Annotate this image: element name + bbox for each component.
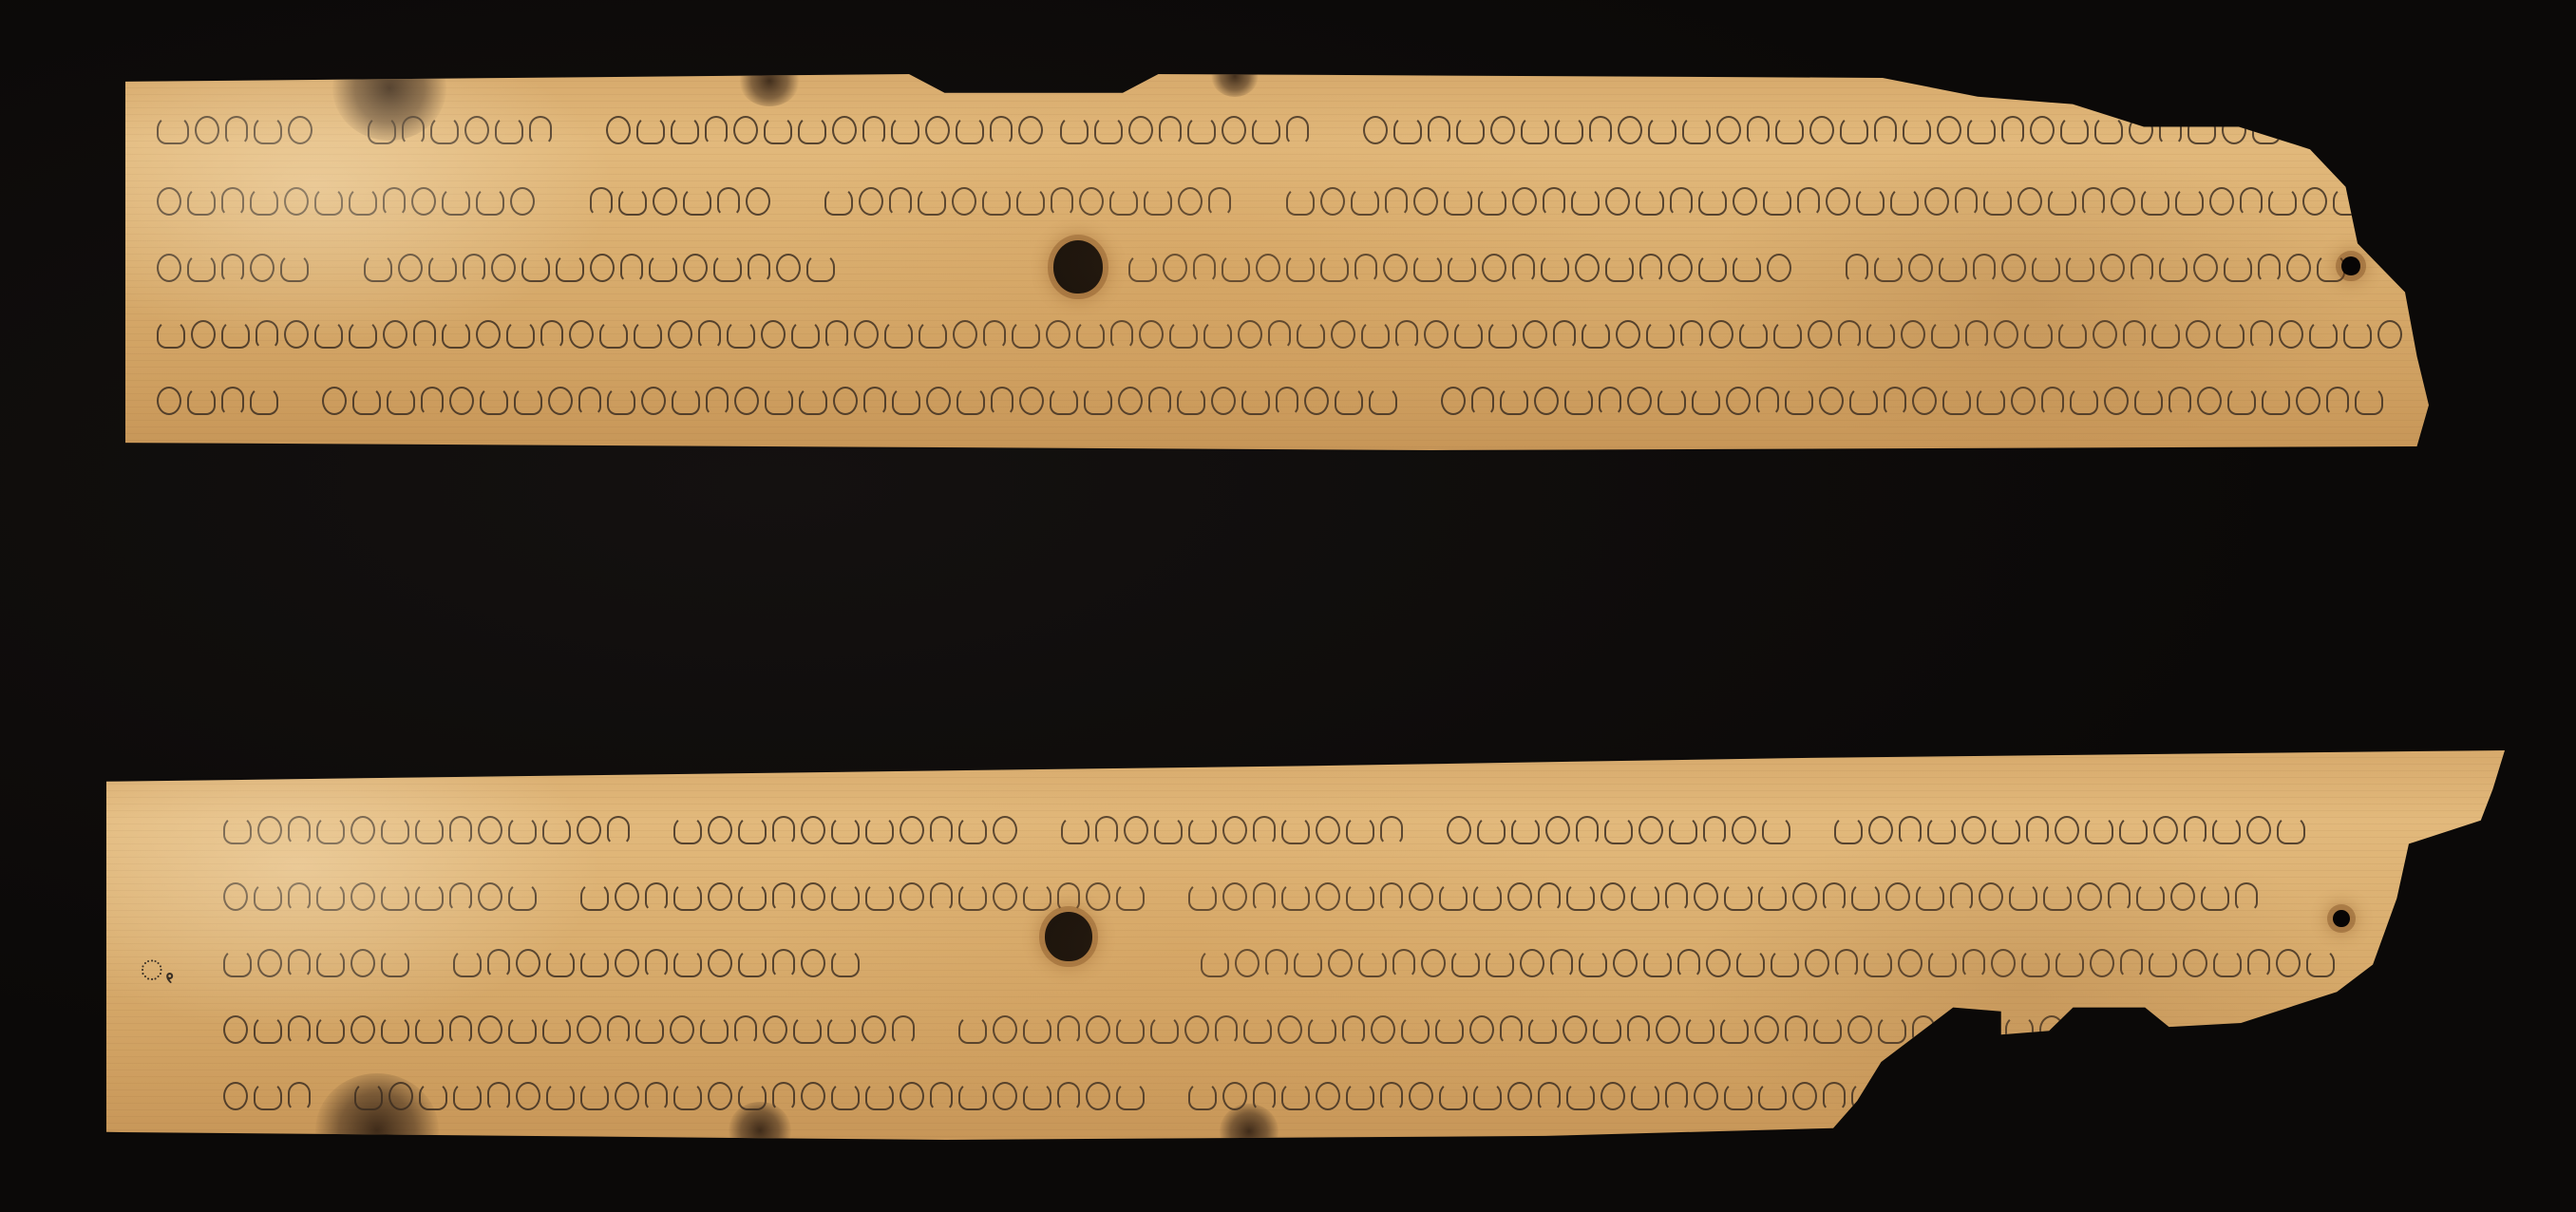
script-line-5	[106, 1078, 2505, 1120]
script-line-4	[125, 316, 2500, 358]
script-line-5	[125, 383, 2500, 425]
script-line-4	[106, 1012, 2505, 1053]
script-line-2	[125, 183, 2500, 225]
binding-hole	[1053, 240, 1103, 294]
script-line-1	[106, 812, 2505, 854]
palm-leaf-manuscript-bottom: ꩻ	[106, 750, 2505, 1140]
script-line-2	[106, 879, 2505, 920]
script-line-3	[125, 250, 2500, 292]
binding-hole-small	[2333, 910, 2350, 927]
binding-hole	[1045, 912, 1092, 961]
script-line-3	[106, 945, 2505, 987]
stain-spot	[1211, 74, 1259, 97]
script-line-1	[125, 112, 2500, 154]
palm-leaf-manuscript-top	[125, 74, 2500, 450]
stain-spot	[739, 74, 800, 106]
binding-hole-small	[2341, 256, 2360, 275]
